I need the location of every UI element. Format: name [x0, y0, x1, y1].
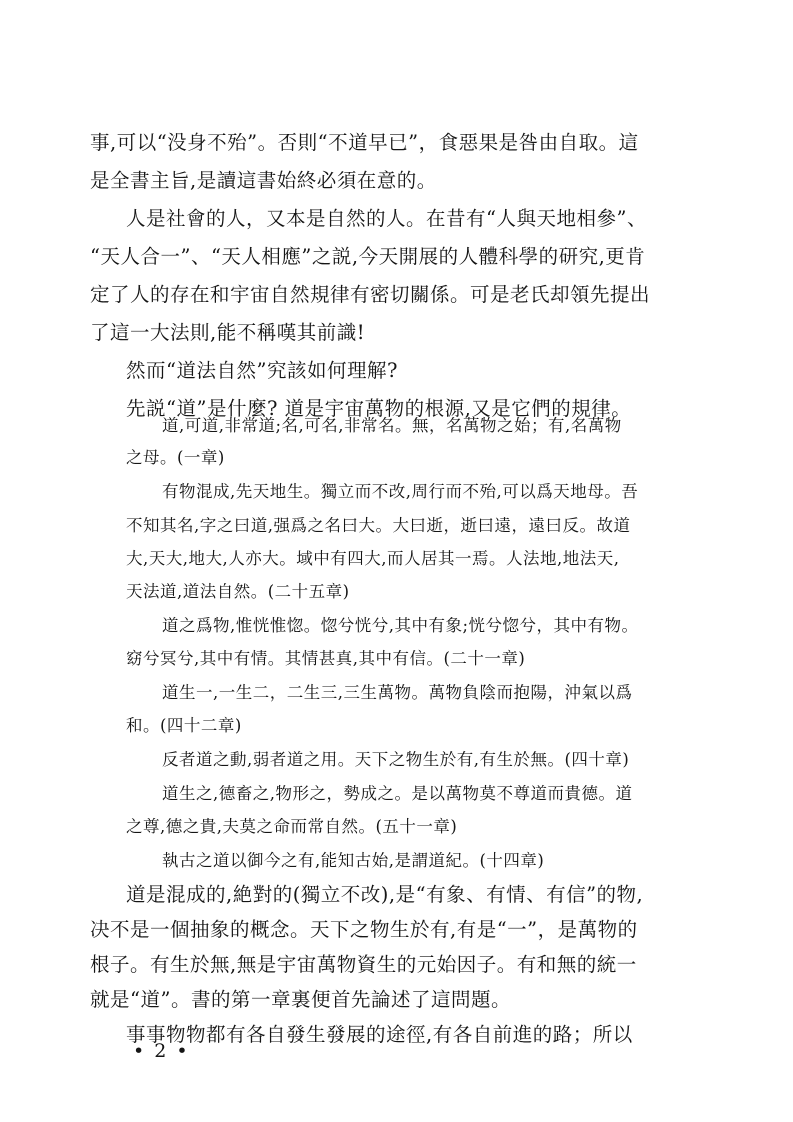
body-line: 事事物物都有各自發生發展的途徑,有各自前進的路；所以 — [126, 1025, 633, 1045]
quote-line: 之母。(一章) — [126, 450, 225, 467]
body-line: 根子。有生於無,無是宇宙萬物資生的元始因子。有和無的統一 — [90, 955, 637, 975]
quote-line: 有物混成,先天地生。獨立而不改,周行而不殆,可以爲天地母。吾 — [162, 484, 638, 501]
quote-line: 窈兮冥兮,其中有情。其情甚真,其中有信。(二十一章) — [126, 651, 525, 668]
body-line: “天人合一”、“天人相應”之説,今天開展的人體科學的研究,更肯 — [90, 247, 645, 267]
quote-line: 道生之,德畜之,物形之，勢成之。是以萬物莫不尊道而貴德。道 — [162, 786, 633, 803]
quote-line: 天法道,道法自然。(二十五章) — [126, 584, 350, 601]
body-line: 道是混成的,絶對的(獨立不改),是“有象、有情、有信”的物, — [126, 885, 643, 905]
quote-line: 道,可道,非常道;名,可名,非常名。無，名萬物之始；有,名萬物 — [162, 418, 622, 435]
body-line: 然而“道法自然”究該如何理解? — [126, 361, 398, 381]
body-line: 事,可以“没身不殆”。否則“不道早已”，食惡果是咎由自取。這 — [90, 133, 639, 153]
quote-line: 之尊,德之貴,夫莫之命而常自然。(五十一章) — [126, 819, 457, 836]
document-page: 事,可以“没身不殆”。否則“不道早已”，食惡果是咎由自取。這 是全書主旨,是讀這… — [0, 0, 793, 1122]
quote-line: 不知其名,字之曰道,强爲之名曰大。大曰逝，逝曰遠，遠曰反。故道 — [126, 518, 631, 535]
quote-line: 大,天大,地大,人亦大。域中有四大,而人居其一焉。人法地,地法天, — [126, 551, 619, 568]
body-line: 就是“道”。書的第一章裏便首先論述了這問題。 — [90, 990, 511, 1010]
quote-line: 反者道之動,弱者道之用。天下之物生於有,有生於無。(四十章) — [162, 752, 629, 769]
page-number: • 2 • — [133, 1040, 190, 1062]
body-line: 是全書主旨,是讀這書始終必須在意的。 — [90, 171, 437, 191]
quote-line: 道之爲物,惟恍惟惚。惚兮恍兮,其中有象;恍兮惚兮，其中有物。 — [162, 618, 639, 635]
quote-line: 和。(四十二章) — [126, 718, 242, 735]
quote-line: 道生一,一生二，二生三,三生萬物。萬物負陰而抱陽，沖氣以爲 — [162, 685, 633, 702]
body-line: 了這一大法則,能不稱嘆其前識! — [90, 323, 365, 343]
body-line: 人是社會的人，又本是自然的人。在昔有“人與天地相參”、 — [126, 209, 647, 229]
body-line: 定了人的存在和宇宙自然規律有密切關係。可是老氏却領先提出 — [90, 285, 650, 305]
body-line: 决不是一個抽象的概念。天下之物生於有,有是“一”，是萬物的 — [90, 920, 638, 940]
quote-line: 執古之道以御今之有,能知古始,是謂道紀。(十四章) — [162, 853, 544, 870]
